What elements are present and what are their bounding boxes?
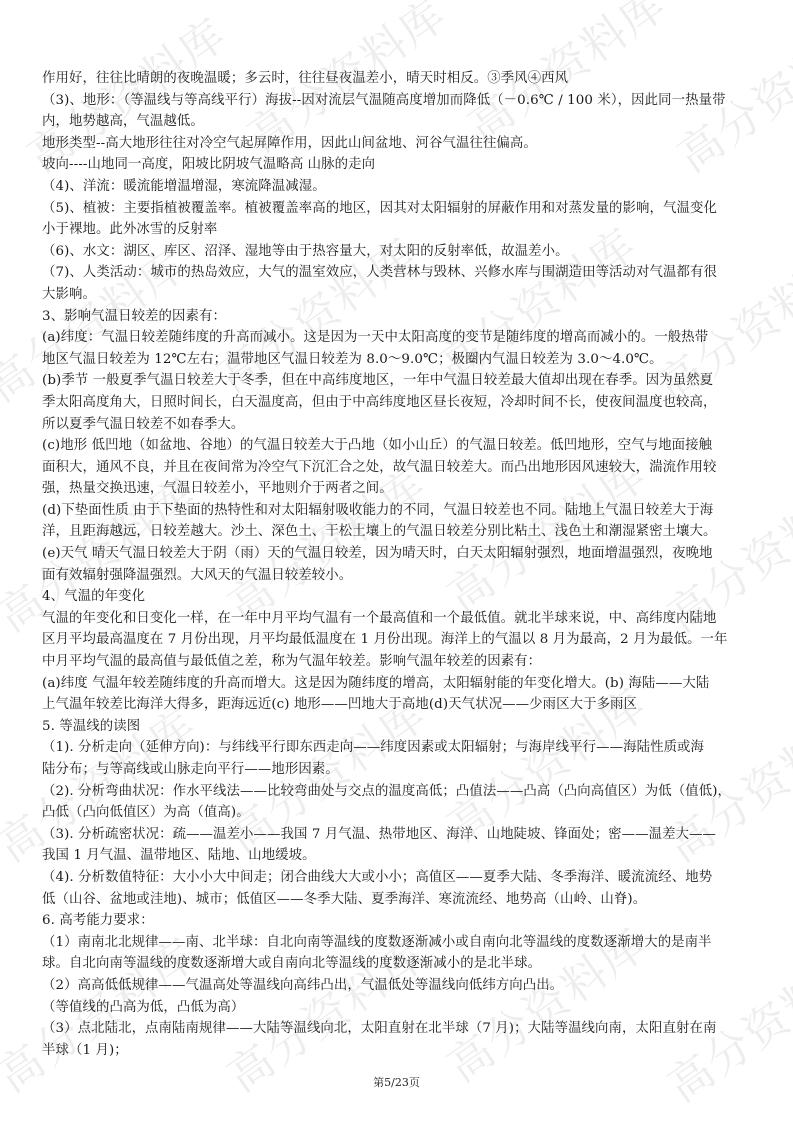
document-body: 作用好，往往比晴朗的夜晚温暖；多云时，往往昼夜温差小，晴天时相反。③季风④西风（… [42,68,754,1061]
text-line: 3、影响气温日较差的因素有： [42,306,754,328]
text-line: 地区气温日较差为 12℃左右；温带地区气温日较差为 8.0～9.0℃；极圈内气温… [42,349,754,371]
text-line: 地形类型--高大地形往往对冷空气起屏障作用，因此山间盆地、河谷气温往往偏高。 [42,133,754,155]
text-line: （1). 分析走向（延伸方向)：与纬线平行即东西走向——纬度因素或太阳辐射；与海… [42,737,754,759]
text-line: （2). 分析弯曲状况：作水平线法——比较弯曲处与交点的温度高低；凸值法——凸高… [42,781,754,803]
text-line: (a)纬度：气温日较差随纬度的升高而减小。这是因为一天中太阳高度的变节是随纬度的… [42,327,754,349]
text-line: (d)下垫面性质 由于下垫面的热特性和对太阳辐射吸收能力的不同，气温日较差也不同… [42,500,754,522]
text-line: （3)、地形：（等温线与等高线平行）海拔--因对流层气温随高度增加而降低（－0.… [42,90,754,112]
text-line: 球。自北向南等温线的度数逐渐增大或自南向北等温线的度数逐渐减小的是北半球。 [42,953,754,975]
text-line: 大影响。 [42,284,754,306]
text-line: 面积大，通风不良，并且在夜间常为冷空气下沉汇合之处，故气温日较差大。而凸出地形因… [42,457,754,479]
text-line: 低（山谷、盆地或洼地)、城市；低值区——冬季大陆、夏季海洋、寒流流经、地势高（山… [42,889,754,911]
text-line: 洋，且距海越远，日较差越大。沙土、深色土、干松土壤上的气温日较差分别比粘土、浅色… [42,521,754,543]
text-line: （1）南南北北规律——南、北半球：自北向南等温线的度数逐渐减小或自南向北等温线的… [42,932,754,954]
text-line: 强，热量交换迅速，气温日较差小，平地则介于两者之间。 [42,478,754,500]
text-line: 区月平均最高温度在 7 月份出现，月平均最低温度在 1 月份出现。海洋上的气温以… [42,629,754,651]
text-line: （4). 分析数值特征：大小小大中间走；闭合曲线大大或小小；高值区——夏季大陆、… [42,867,754,889]
text-line: （2）高高低低规律——气温高处等温线向高纬凸出，气温低处等温线向低纬方向凸出。 [42,975,754,997]
text-line: 上气温年较差比海洋大得多，距海远近(c) 地形——凹地大于高地(d)天气状况——… [42,694,754,716]
text-line: (e)天气 晴天气温日较差大于阴（雨）天的气温日较差，因为晴天时，白天太阳辐射强… [42,543,754,565]
text-line: 季太阳高度角大，日照时间长，白天温度高，但由于中高纬度地区昼长夜短，冷却时间不长… [42,392,754,414]
text-line: 中月平均气温的最高值与最低值之差，称为气温年较差。影响气温年较差的因素有： [42,651,754,673]
text-line: 5. 等温线的读图 [42,716,754,738]
text-line: (b)季节 一般夏季气温日较差大于冬季，但在中高纬度地区，一年中气温日较差最大值… [42,370,754,392]
text-line: （7)、人类活动：城市的热岛效应，大气的温室效应，人类营林与毁林、兴修水库与围湖… [42,262,754,284]
text-line: (a)纬度 气温年较差随纬度的升高而增大。这是因为随纬度的增高，太阳辐射能的年变… [42,673,754,695]
text-line: （4)、洋流：暖流能增温增湿，寒流降温减湿。 [42,176,754,198]
text-line: 小于裸地。此外冰雪的反射率 [42,219,754,241]
text-line: 所以夏季气温日较差不如春季大。 [42,414,754,436]
text-line: （等值线的凸高为低，凸低为高） [42,997,754,1019]
text-line: 4、气温的年变化 [42,586,754,608]
text-line: 6. 高考能力要求： [42,910,754,932]
page-number: 第5/23页 [0,1074,793,1090]
text-line: 凸低（凸向低值区）为高（值高)。 [42,802,754,824]
text-line: 我国 1 月气温、温带地区、陆地、山地缓坡。 [42,845,754,867]
text-line: 半球（1 月)； [42,1040,754,1062]
text-line: 面有效辐射强降温强烈。大风天的气温日较差较小。 [42,565,754,587]
text-line: 内，地势越高，气温越低。 [42,111,754,133]
text-line: （5)、植被：主要指植被覆盖率。植被覆盖率高的地区，因其对太阳辐射的屏蔽作用和对… [42,198,754,220]
text-line: （3). 分析疏密状况：疏——温差小——我国 7 月气温、热带地区、海洋、山地陡… [42,824,754,846]
text-line: 气温的年变化和日变化一样，在一年中月平均气温有一个最高值和一个最低值。就北半球来… [42,608,754,630]
text-line: （6)、水文：湖区、库区、沼泽、湿地等由于热容量大，对太阳的反射率低，故温差小。 [42,241,754,263]
text-line: 作用好，往往比晴朗的夜晚温暖；多云时，往往昼夜温差小，晴天时相反。③季风④西风 [42,68,754,90]
text-line: (c)地形 低凹地（如盆地、谷地）的气温日较差大于凸地（如小山丘）的气温日较差。… [42,435,754,457]
text-line: 坡向----山地同一高度，阳坡比阴坡气温略高 山脉的走向 [42,154,754,176]
text-line: 陆分布；与等高线或山脉走向平行——地形因素。 [42,759,754,781]
text-line: （3）点北陆北，点南陆南规律——大陆等温线向北，太阳直射在北半球（7 月)；大陆… [42,1018,754,1040]
